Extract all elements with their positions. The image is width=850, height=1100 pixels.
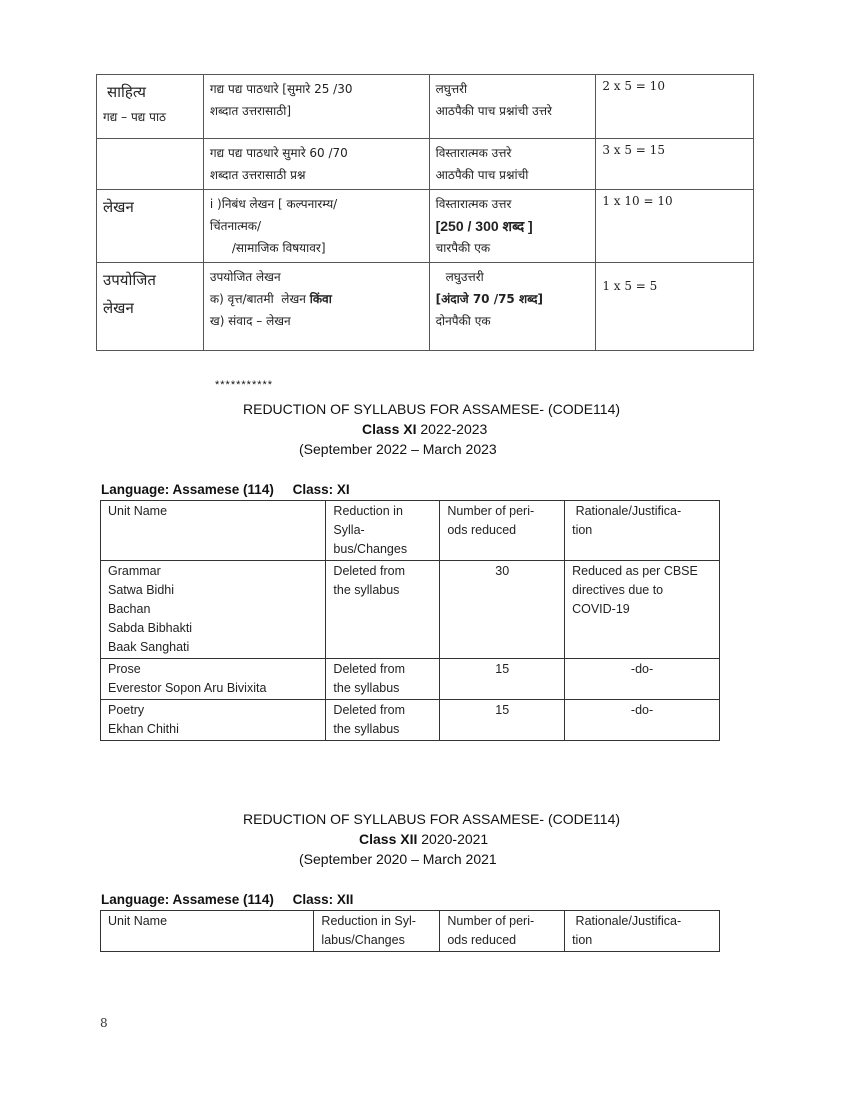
cell-text: गद्य पद्य पाठधारे [सुमारे 25 /30 <box>210 78 423 100</box>
header-text: Reduction in <box>333 502 432 521</box>
cell-text: क) वृत्त/बातमी लेखन <box>210 292 310 306</box>
header-text: labus/Changes <box>321 931 432 950</box>
header-text: ods reduced <box>447 521 557 540</box>
change-text: Deleted from <box>333 701 432 720</box>
header-unit-name: Unit Name <box>101 911 314 952</box>
header-text: bus/Changes <box>333 540 432 559</box>
header-reduction: Reduction in Sylla- bus/Changes <box>326 501 440 561</box>
marks-cell: 2 x 5 = 10 <box>596 75 754 139</box>
unit-cell: Prose Everestor Sopon Aru Bivixita <box>101 659 326 700</box>
header-text: Rationale/Justifica- <box>572 502 712 521</box>
change-text: the syllabus <box>333 679 432 698</box>
cell-text: विस्तारात्मक उत्तर <box>436 193 590 215</box>
class-name: Class XII <box>359 831 417 847</box>
unit-text: Satwa Bidhi <box>108 581 318 600</box>
header-text: tion <box>572 521 712 540</box>
section-cell <box>97 139 204 190</box>
header-periods: Number of peri- ods reduced <box>440 911 565 952</box>
cell-text: आठपैकी पाच प्रश्नांची उत्तरे <box>436 100 590 122</box>
cell-text: [अंदाजे 70 /75 शब्द] <box>436 288 590 310</box>
change-cell: Deleted from the syllabus <box>326 659 440 700</box>
cell-text: लघुत्तरी <box>436 78 590 100</box>
cell-text: चिंतनात्मक/ <box>210 215 423 237</box>
unit-cell: Grammar Satwa Bidhi Bachan Sabda Bibhakt… <box>101 561 326 659</box>
change-cell: Deleted from the syllabus <box>326 700 440 741</box>
periods-cell: 30 <box>440 561 565 659</box>
table-row: साहित्य गद्य – पद्य पाठ गद्य पद्य पाठधार… <box>97 75 754 139</box>
cell-text: विस्तारात्मक उत्तरे <box>436 142 590 164</box>
header-text: Number of peri- <box>447 912 557 931</box>
class-label: Class XII 2020-2021 <box>359 831 488 847</box>
cell-text: शब्दात उत्तरासाठी प्रश्न <box>210 164 423 186</box>
header-rationale: Rationale/Justifica- tion <box>565 911 720 952</box>
section-label: लेखन <box>103 198 134 216</box>
question-type-cell: विस्तारात्मक उत्तर [250 / 300 शब्द ] चार… <box>429 190 596 263</box>
change-text: Deleted from <box>333 660 432 679</box>
table-row: गद्य पद्य पाठधारे सुमारे 60 /70 शब्दात उ… <box>97 139 754 190</box>
table-header-row: Unit Name Reduction in Syl- labus/Change… <box>101 911 720 952</box>
unit-text: Everestor Sopon Aru Bivixita <box>108 679 318 698</box>
rationale-text: COVID-19 <box>572 600 712 619</box>
change-text: the syllabus <box>333 720 432 739</box>
content-cell: गद्य पद्य पाठधारे सुमारे 60 /70 शब्दात उ… <box>203 139 429 190</box>
table-row: Poetry Ekhan Chithi Deleted from the syl… <box>101 700 720 741</box>
table-row: लेखन i )निबंध लेखन [ कल्पनारम्य/ चिंतनात… <box>97 190 754 263</box>
cell-text: i )निबंध लेखन [ कल्पनारम्य/ <box>210 193 423 215</box>
marks-cell: 1 x 10 = 10 <box>596 190 754 263</box>
marks-cell: 3 x 5 = 15 <box>596 139 754 190</box>
cell-text: शब्दात उत्तरासाठी] <box>210 100 423 122</box>
cell-text: चारपैकी एक <box>436 237 590 259</box>
header-text: ods reduced <box>447 931 557 950</box>
cell-text: दोनपैकी एक <box>436 310 590 332</box>
section-label: साहित्य <box>103 83 146 101</box>
rationale-text: directives due to <box>572 581 712 600</box>
section-cell: लेखन <box>97 190 204 263</box>
section-label: लेखन <box>103 294 197 322</box>
separator: *********** <box>215 379 273 391</box>
section-sublabel: गद्य – पद्य पाठ <box>103 106 197 128</box>
unit-text: Prose <box>108 660 318 679</box>
header-text: Sylla- <box>333 521 432 540</box>
rationale-cell: -do- <box>565 659 720 700</box>
document-page: साहित्य गद्य – पद्य पाठ गद्य पद्य पाठधार… <box>0 0 850 1100</box>
content-cell: i )निबंध लेखन [ कल्पनारम्य/ चिंतनात्मक/ … <box>203 190 429 263</box>
class-name: Class XI <box>362 421 416 437</box>
question-type-cell: लघुत्तरी आठपैकी पाच प्रश्नांची उत्तरे <box>429 75 596 139</box>
header-text: Rationale/Justifica- <box>572 912 712 931</box>
syllabus-reduction-table-xii: Unit Name Reduction in Syl- labus/Change… <box>100 910 720 952</box>
unit-text: Baak Sanghati <box>108 638 318 657</box>
page-number: 8 <box>100 1016 108 1030</box>
table-header-row: Unit Name Reduction in Sylla- bus/Change… <box>101 501 720 561</box>
rationale-cell: -do- <box>565 700 720 741</box>
language-line: Language: Assamese (114) Class: XI <box>101 482 350 497</box>
table-row: Grammar Satwa Bidhi Bachan Sabda Bibhakt… <box>101 561 720 659</box>
cell-text: आठपैकी पाच प्रश्नांची <box>436 164 590 186</box>
header-text: Reduction in Syl- <box>321 912 432 931</box>
periods-cell: 15 <box>440 700 565 741</box>
change-cell: Deleted from the syllabus <box>326 561 440 659</box>
cell-text: ख) संवाद – लेखन <box>210 310 423 332</box>
header-periods: Number of peri- ods reduced <box>440 501 565 561</box>
period-label: (September 2022 – March 2023 <box>299 441 497 457</box>
language-line: Language: Assamese (114) Class: XII <box>101 892 353 907</box>
periods-cell: 15 <box>440 659 565 700</box>
unit-text: Poetry <box>108 701 318 720</box>
header-text: tion <box>572 931 712 950</box>
section-cell: साहित्य गद्य – पद्य पाठ <box>97 75 204 139</box>
rationale-cell: Reduced as per CBSE directives due to CO… <box>565 561 720 659</box>
cell-text: लघुउत्तरी <box>436 266 590 288</box>
unit-text: Grammar <box>108 562 318 581</box>
unit-text: Bachan <box>108 600 318 619</box>
section-cell: उपयोजित लेखन <box>97 263 204 351</box>
content-cell: उपयोजित लेखन क) वृत्त/बातमी लेखन किंवा ख… <box>203 263 429 351</box>
section-title: REDUCTION OF SYLLABUS FOR ASSAMESE- (COD… <box>243 401 620 417</box>
rationale-text: Reduced as per CBSE <box>572 562 712 581</box>
class-years: 2020-2021 <box>417 831 488 847</box>
marathi-marks-table: साहित्य गद्य – पद्य पाठ गद्य पद्य पाठधार… <box>96 74 754 351</box>
question-type-cell: लघुउत्तरी [अंदाजे 70 /75 शब्द] दोनपैकी ए… <box>429 263 596 351</box>
header-rationale: Rationale/Justifica- tion <box>565 501 720 561</box>
cell-text: उपयोजित लेखन <box>210 266 423 288</box>
unit-text: Ekhan Chithi <box>108 720 318 739</box>
marks-cell: 1 x 5 = 5 <box>596 263 754 351</box>
section-title: REDUCTION OF SYLLABUS FOR ASSAMESE- (COD… <box>243 811 620 827</box>
table-row: उपयोजित लेखन उपयोजित लेखन क) वृत्त/बातमी… <box>97 263 754 351</box>
syllabus-reduction-table-xi: Unit Name Reduction in Sylla- bus/Change… <box>100 500 720 741</box>
unit-text: Sabda Bibhakti <box>108 619 318 638</box>
section-label: उपयोजित <box>103 266 197 294</box>
unit-cell: Poetry Ekhan Chithi <box>101 700 326 741</box>
cell-text: /सामाजिक विषयावर] <box>210 237 423 259</box>
table-row: Prose Everestor Sopon Aru Bivixita Delet… <box>101 659 720 700</box>
cell-text: [250 / 300 शब्द ] <box>436 215 590 237</box>
change-text: Deleted from <box>333 562 432 581</box>
content-cell: गद्य पद्य पाठधारे [सुमारे 25 /30 शब्दात … <box>203 75 429 139</box>
period-label: (September 2020 – March 2021 <box>299 851 497 867</box>
header-text: Unit Name <box>108 502 318 521</box>
header-reduction: Reduction in Syl- labus/Changes <box>314 911 440 952</box>
cell-text-bold: किंवा <box>310 292 332 306</box>
cell-text: गद्य पद्य पाठधारे सुमारे 60 /70 <box>210 142 423 164</box>
change-text: the syllabus <box>333 581 432 600</box>
class-label: Class XI 2022-2023 <box>362 421 487 437</box>
header-text: Unit Name <box>108 912 306 931</box>
question-type-cell: विस्तारात्मक उत्तरे आठपैकी पाच प्रश्नांच… <box>429 139 596 190</box>
header-unit-name: Unit Name <box>101 501 326 561</box>
class-years: 2022-2023 <box>416 421 487 437</box>
header-text: Number of peri- <box>447 502 557 521</box>
